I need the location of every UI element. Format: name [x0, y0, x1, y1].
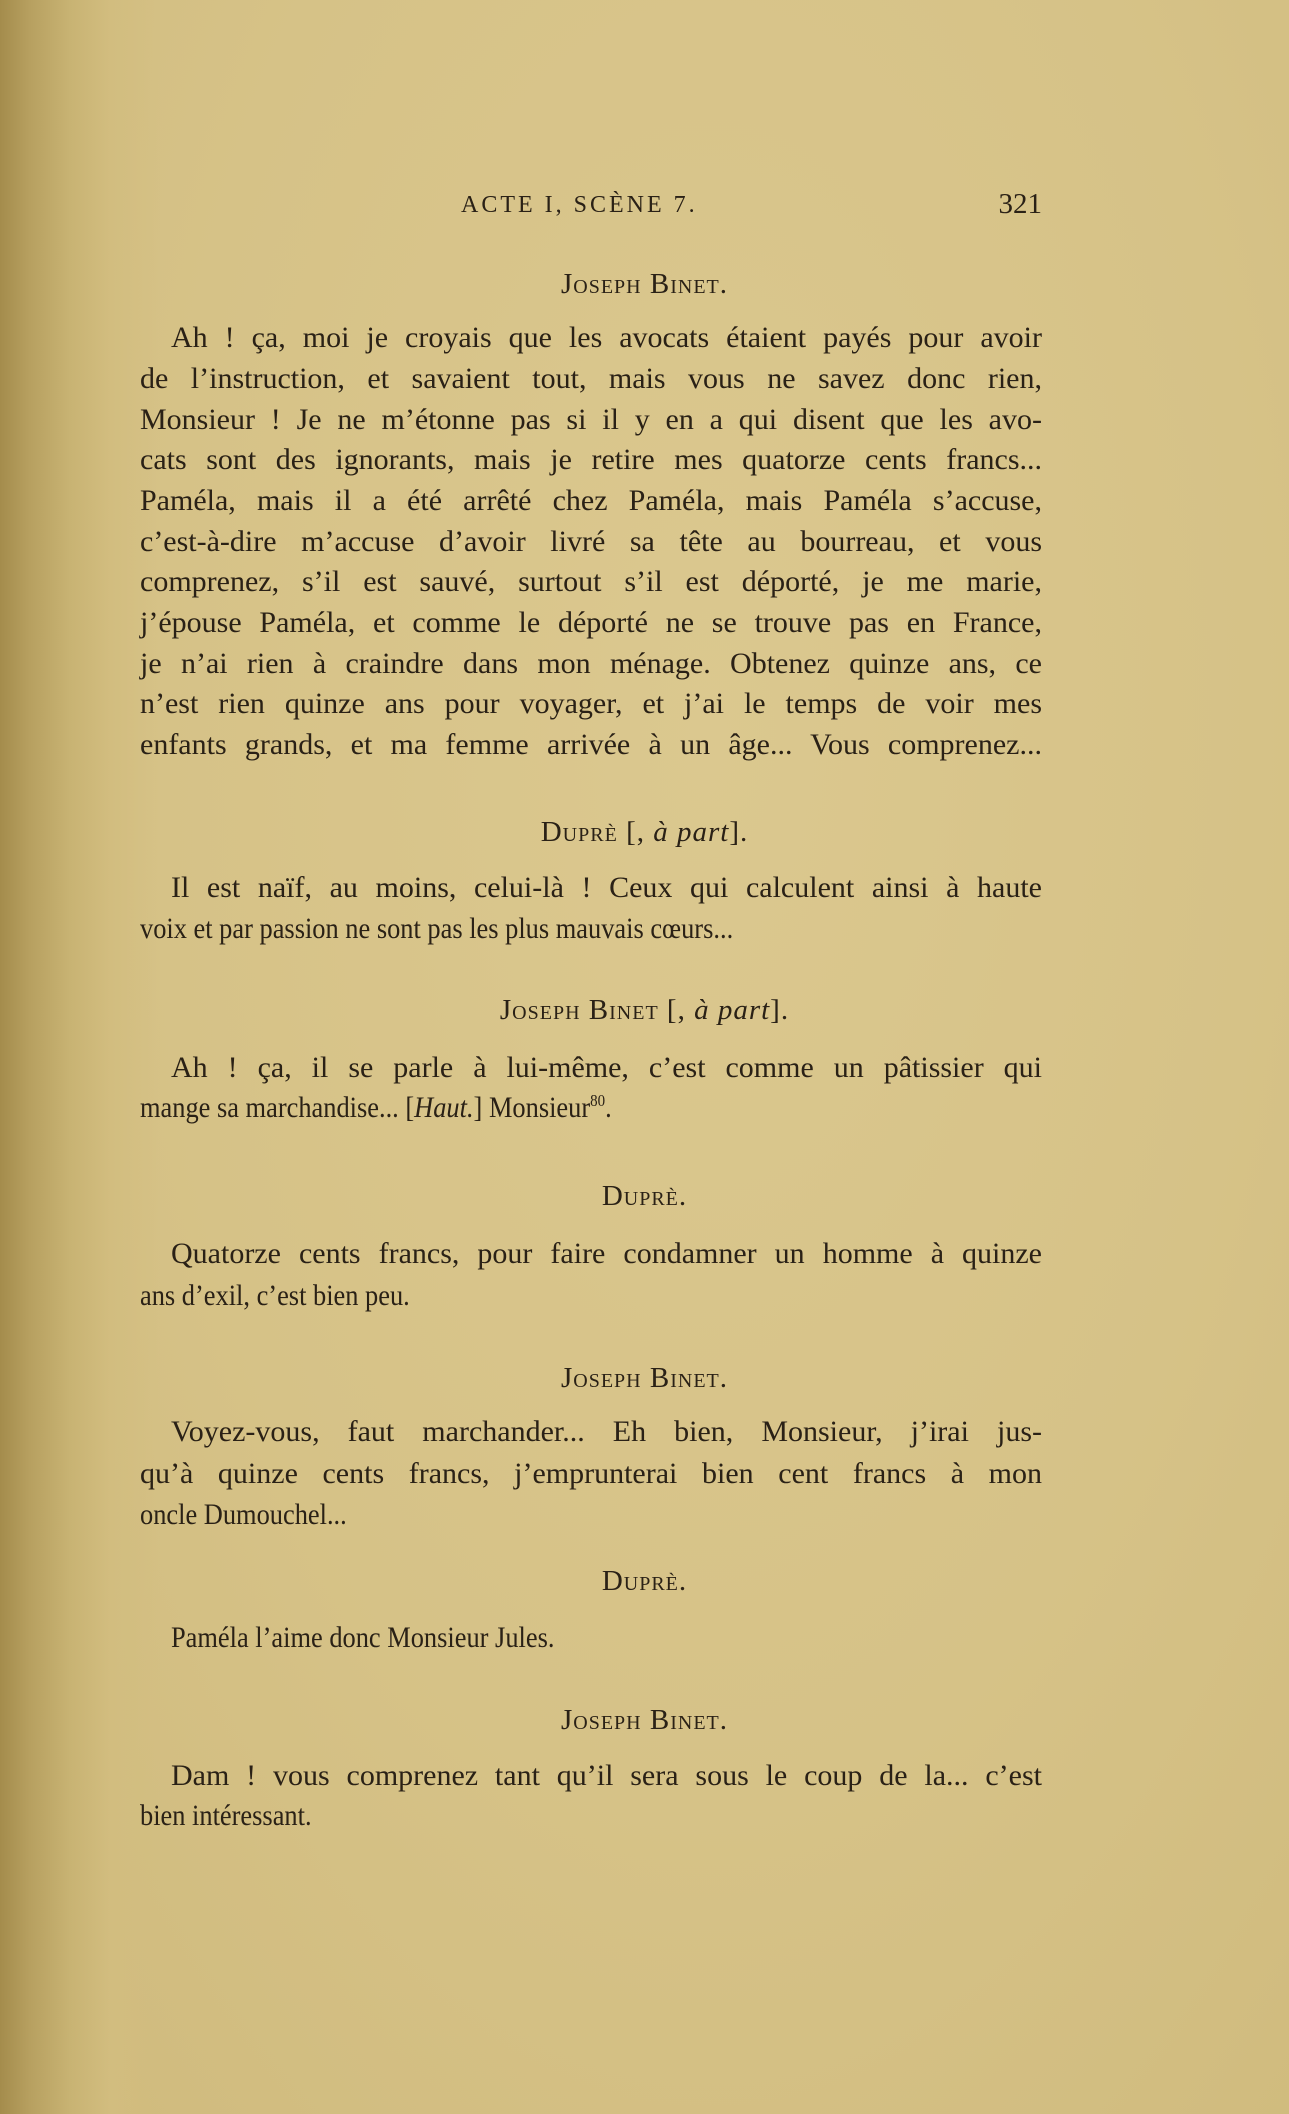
speaker-heading: Duprè [, à part].: [0, 814, 1289, 850]
text-segment: .: [605, 1091, 612, 1124]
aside-bracket: [,: [618, 816, 653, 848]
text-line: voix et par passion ne sont pas les plus…: [140, 911, 733, 947]
text-line: Ah ! ça, il se parle à lui-même, c’est c…: [171, 1050, 1042, 1086]
text-line: mange sa marchandise... [Haut.] Monsieur…: [140, 1090, 612, 1126]
stage-direction: Haut.: [414, 1091, 473, 1124]
text-line: Paméla l’aime donc Monsieur Jules.: [171, 1620, 554, 1656]
text-line: enfants grands, et ma femme arrivée à un…: [140, 727, 1042, 763]
text-line: Ah ! ça, moi je croyais que les avocats …: [171, 320, 1042, 356]
text-line: qu’à quinze cents francs, j’emprunterai …: [140, 1456, 1042, 1492]
speaker-heading: Joseph Binet.: [0, 1702, 1289, 1738]
text-line: je n’ai rien à craindre dans mon ménage.…: [140, 646, 1042, 682]
text-line: cats sont des ignorants, mais je retire …: [140, 442, 1042, 478]
footnote-ref[interactable]: 80: [590, 1091, 605, 1110]
text-line: j’épouse Paméla, et comme le déporté ne …: [140, 605, 1042, 641]
text-line: Paméla, mais il a été arrêté chez Paméla…: [140, 483, 1042, 519]
aside-bracket: ].: [729, 816, 748, 848]
speaker-name: Duprè: [541, 816, 618, 848]
text-line: c’est-à-dire m’accuse d’avoir livré sa t…: [140, 524, 1042, 560]
aside-bracket: [,: [659, 994, 694, 1026]
speaker-heading: Duprè.: [0, 1178, 1289, 1214]
text-line: Voyez-vous, faut marchander... Eh bien, …: [171, 1414, 1042, 1450]
text-line: Dam ! vous comprenez tant qu’il sera sou…: [171, 1758, 1042, 1794]
stage-direction: à part: [653, 816, 729, 848]
page-number: 321: [990, 188, 1042, 221]
running-head: ACTE I, SCÈNE 7.: [461, 192, 698, 219]
text-line: bien intéressant.: [140, 1798, 312, 1834]
text-line: n’est rien quinze ans pour voyager, et j…: [140, 686, 1042, 722]
text-line: ans d’exil, c’est bien peu.: [140, 1278, 410, 1314]
text-line: oncle Dumouchel...: [140, 1497, 347, 1533]
speaker-heading: Joseph Binet [, à part].: [0, 992, 1289, 1028]
speaker-name: Joseph Binet: [500, 994, 659, 1026]
speaker-heading: Joseph Binet.: [0, 1360, 1289, 1396]
text-segment: ] Monsieur: [474, 1091, 591, 1124]
text-line: Monsieur ! Je ne m’étonne pas si il y en…: [140, 402, 1042, 438]
text-line: Quatorze cents francs, pour faire condam…: [171, 1236, 1042, 1272]
speaker-heading: Joseph Binet.: [0, 266, 1289, 302]
text-line: de l’instruction, et savaient tout, mais…: [140, 361, 1042, 397]
text-line: comprenez, s’il est sauvé, surtout s’il …: [140, 564, 1042, 600]
text-segment: mange sa marchandise... [: [140, 1091, 414, 1124]
book-page: ACTE I, SCÈNE 7. 321 Joseph Binet. Ah ! …: [0, 0, 1289, 2114]
speaker-heading: Duprè.: [0, 1563, 1289, 1599]
aside-bracket: ].: [770, 994, 789, 1026]
stage-direction: à part: [694, 994, 770, 1026]
text-line: Il est naïf, au moins, celui-là ! Ceux q…: [171, 870, 1042, 906]
